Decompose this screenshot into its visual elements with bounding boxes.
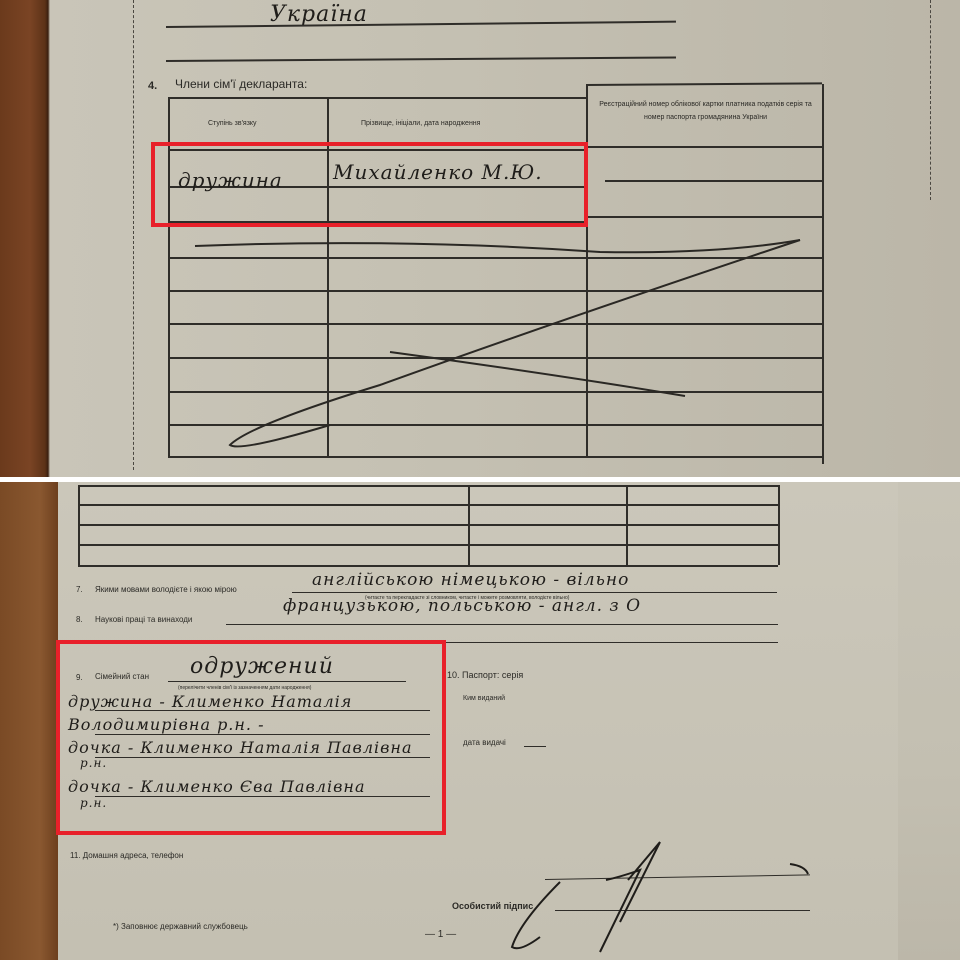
bottom-photo-panel: 7. Якими мовами володієте і якою мірою а… — [0, 482, 960, 960]
page-number: — 1 — — [425, 929, 456, 940]
footnote: *) Заповнює державний службовець — [113, 922, 248, 931]
highlight-box-spouse — [151, 142, 588, 227]
highlight-box-family-status — [56, 640, 446, 835]
strike-through-marks — [0, 0, 960, 477]
top-photo-panel: Україна 4. Члени сім'ї декларанта: Ступі… — [0, 0, 960, 477]
